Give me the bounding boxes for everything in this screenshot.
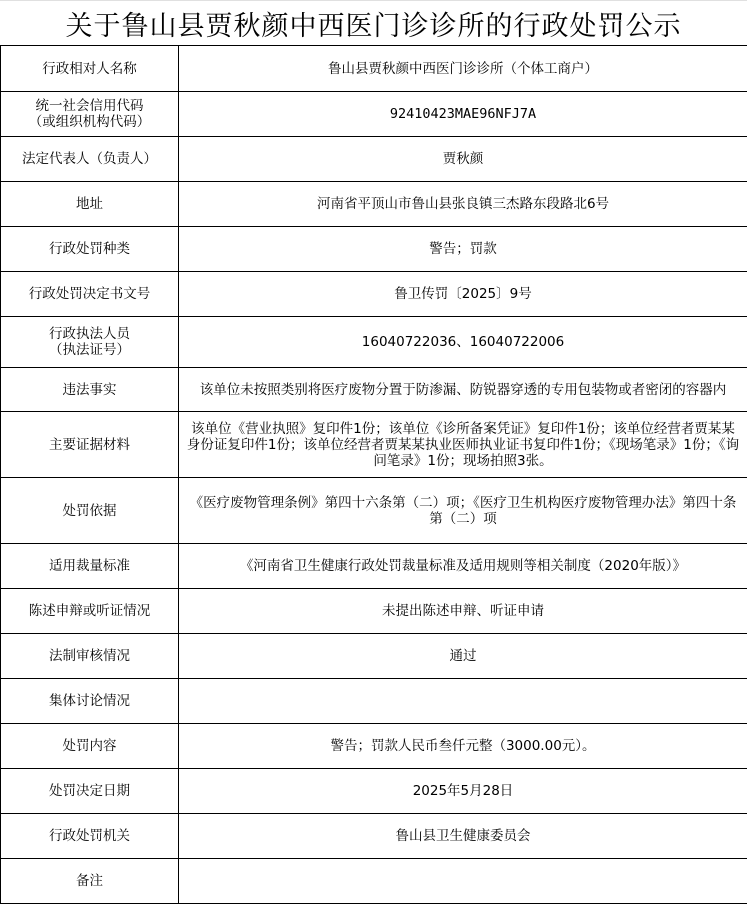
table-row: 统一社会信用代码 （或组织机构代码） 92410423MAE96NFJ7A — [1, 92, 747, 137]
credit-code-label-line2: （或组织机构代码） — [7, 114, 172, 130]
row-value-decision-date: 2025年5月28日 — [179, 769, 747, 814]
row-value-violation-facts: 该单位未按照类别将医疗废物分置于防渗漏、防锐器穿透的专用包装物或者密闭的容器内 — [179, 368, 747, 412]
row-label-enforcement-officers: 行政执法人员 （执法证号） — [1, 317, 179, 368]
officers-label-line2: （执法证号） — [7, 342, 172, 358]
row-label-penalty-content: 处罚内容 — [1, 724, 179, 769]
row-value-legal-review: 通过 — [179, 634, 747, 679]
row-label-remarks: 备注 — [1, 859, 179, 904]
row-value-enforcement-officers: 16040722036、16040722006 — [179, 317, 747, 368]
row-value-legal-rep: 贾秋颜 — [179, 137, 747, 182]
table-row: 法定代表人（负责人） 贾秋颜 — [1, 137, 747, 182]
table-row: 处罚依据 《医疗废物管理条例》第四十六条第（二）项；《医疗卫生机构医疗废物管理办… — [1, 478, 747, 544]
row-label-credit-code: 统一社会信用代码 （或组织机构代码） — [1, 92, 179, 137]
row-label-decision-date: 处罚决定日期 — [1, 769, 179, 814]
table-row: 适用裁量标准 《河南省卫生健康行政处罚裁量标准及适用规则等相关制度（2020年版… — [1, 544, 747, 589]
row-value-collective-discussion — [179, 679, 747, 724]
row-label-party-name: 行政相对人名称 — [1, 46, 179, 92]
table-row: 行政相对人名称 鲁山县贾秋颜中西医门诊诊所（个体工商户） — [1, 46, 747, 92]
row-label-collective-discussion: 集体讨论情况 — [1, 679, 179, 724]
row-value-penalty-type: 警告；罚款 — [179, 227, 747, 272]
row-label-violation-facts: 违法事实 — [1, 368, 179, 412]
row-value-authority: 鲁山县卫生健康委员会 — [179, 814, 747, 859]
row-value-penalty-basis: 《医疗废物管理条例》第四十六条第（二）项；《医疗卫生机构医疗废物管理办法》第四十… — [179, 478, 747, 544]
row-value-penalty-content: 警告；罚款人民币叁仟元整（3000.00元）。 — [179, 724, 747, 769]
row-label-authority: 行政处罚机关 — [1, 814, 179, 859]
table-row: 行政处罚机关 鲁山县卫生健康委员会 — [1, 814, 747, 859]
table-row: 行政处罚种类 警告；罚款 — [1, 227, 747, 272]
penalty-notice-table: 行政相对人名称 鲁山县贾秋颜中西医门诊诊所（个体工商户） 统一社会信用代码 （或… — [0, 45, 747, 904]
table-row: 违法事实 该单位未按照类别将医疗废物分置于防渗漏、防锐器穿透的专用包装物或者密闭… — [1, 368, 747, 412]
row-label-penalty-type: 行政处罚种类 — [1, 227, 179, 272]
row-label-address: 地址 — [1, 182, 179, 227]
row-value-party-name: 鲁山县贾秋颜中西医门诊诊所（个体工商户） — [179, 46, 747, 92]
table-row: 主要证据材料 该单位《营业执照》复印件1份；该单位《诊所备案凭证》复印件1份；该… — [1, 412, 747, 478]
document-title: 关于鲁山县贾秋颜中西医门诊诊所的行政处罚公示 — [0, 0, 747, 46]
row-value-credit-code: 92410423MAE96NFJ7A — [179, 92, 747, 137]
row-label-legal-rep: 法定代表人（负责人） — [1, 137, 179, 182]
row-label-decision-number: 行政处罚决定书文号 — [1, 272, 179, 317]
row-value-hearing: 未提出陈述申辩、听证申请 — [179, 589, 747, 634]
row-label-legal-review: 法制审核情况 — [1, 634, 179, 679]
row-value-remarks — [179, 859, 747, 904]
table-row: 处罚决定日期 2025年5月28日 — [1, 769, 747, 814]
table-row: 地址 河南省平顶山市鲁山县张良镇三杰路东段路北6号 — [1, 182, 747, 227]
table-row: 陈述申辩或听证情况 未提出陈述申辩、听证申请 — [1, 589, 747, 634]
row-value-address: 河南省平顶山市鲁山县张良镇三杰路东段路北6号 — [179, 182, 747, 227]
row-label-discretion-standard: 适用裁量标准 — [1, 544, 179, 589]
row-label-hearing: 陈述申辩或听证情况 — [1, 589, 179, 634]
table-row: 行政处罚决定书文号 鲁卫传罚〔2025〕9号 — [1, 272, 747, 317]
table-row: 处罚内容 警告；罚款人民币叁仟元整（3000.00元）。 — [1, 724, 747, 769]
officers-label-line1: 行政执法人员 — [7, 326, 172, 342]
table-row: 法制审核情况 通过 — [1, 634, 747, 679]
table-row: 备注 — [1, 859, 747, 904]
row-value-discretion-standard: 《河南省卫生健康行政处罚裁量标准及适用规则等相关制度（2020年版）》 — [179, 544, 747, 589]
row-label-penalty-basis: 处罚依据 — [1, 478, 179, 544]
row-value-evidence: 该单位《营业执照》复印件1份；该单位《诊所备案凭证》复印件1份；该单位经营者贾某… — [179, 412, 747, 478]
row-value-decision-number: 鲁卫传罚〔2025〕9号 — [179, 272, 747, 317]
table-row: 行政执法人员 （执法证号） 16040722036、16040722006 — [1, 317, 747, 368]
row-label-evidence: 主要证据材料 — [1, 412, 179, 478]
credit-code-label-line1: 统一社会信用代码 — [7, 98, 172, 114]
table-row: 集体讨论情况 — [1, 679, 747, 724]
